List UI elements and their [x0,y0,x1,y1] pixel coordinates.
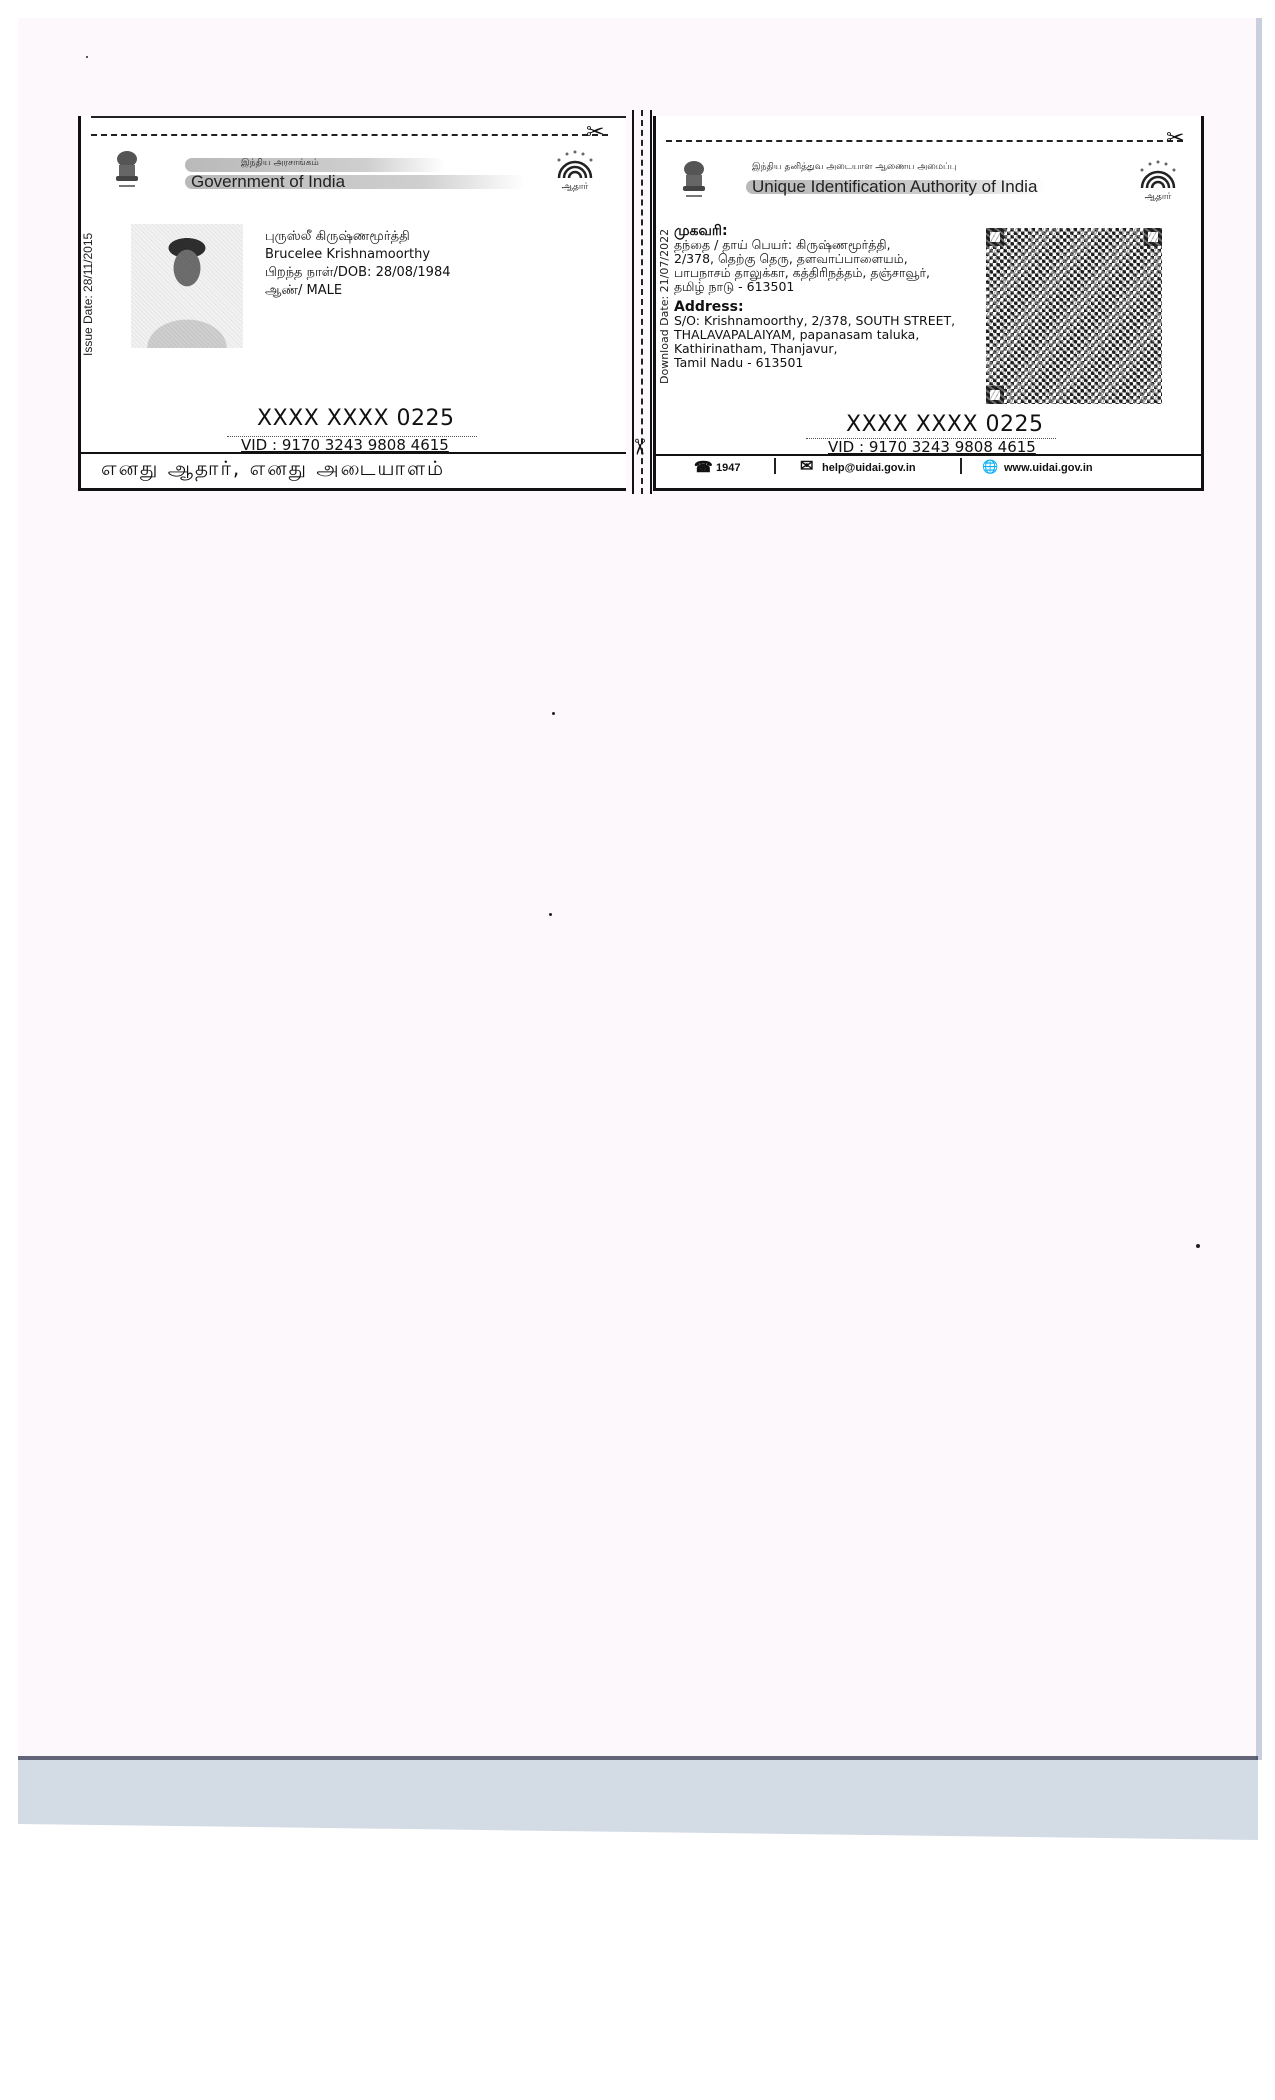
phone-icon: ☎ [694,458,713,476]
cut-line [666,140,1183,142]
header-english: Government of India [191,172,345,192]
scan-speck [86,56,88,58]
scissors-icon: ✂ [627,438,649,456]
card-divider [632,110,634,494]
footer-rule [656,454,1201,456]
fingerprint-icon [1136,160,1180,190]
aadhaar-logo: ஆதார் [1134,160,1182,204]
aadhaar-number: XXXX XXXX 0225 [846,412,1044,437]
address-tamil-line: பாபநாசம் தாலுக்கா, கத்திரிநத்தம், தஞ்சாவ… [674,266,955,280]
name-english: Brucelee Krishnamoorthy [265,246,451,264]
address-tamil-line: தமிழ் நாடு - 613501 [674,280,955,294]
fold-cut-line [641,110,643,494]
separator [960,458,962,474]
mail-icon: ✉ [800,456,813,476]
address-label-english: Address: [674,300,955,314]
fingerprint-icon [553,150,597,180]
holder-info: புருஸ்லீ கிருஷ்ணமூர்த்தி Brucelee Krishn… [265,228,451,300]
address-tamil-line: தந்தை / தாய் பெயர்: கிருஷ்ணமூர்த்தி, [674,238,955,252]
separator [774,458,776,474]
scissors-icon: ✂ [586,122,604,144]
address-label-tamil: முகவரி: [674,224,955,238]
website-link[interactable]: www.uidai.gov.in [1004,462,1093,474]
name-tamil: புருஸ்லீ கிருஷ்ணமூர்த்தி [265,228,451,246]
help-email-link[interactable]: help@uidai.gov.in [822,462,916,474]
scissors-icon: ✂ [1166,128,1184,150]
header-tamil: இந்திய தனித்துவ அடையாள ஆணைய அமைப்பு [752,162,956,173]
national-emblem-icon [111,150,143,190]
address-block: முகவரி: தந்தை / தாய் பெயர்: கிருஷ்ணமூர்த… [674,224,955,370]
address-english-line: THALAVAPALAIYAM, papanasam taluka, [674,328,955,342]
aadhaar-back-card: ✂ இந்திய தனித்துவ அடையாள ஆணைய அமைப்பு Un… [653,116,1204,491]
aadhaar-logo-word: ஆதார் [551,182,599,193]
scan-speck [552,712,555,715]
cut-line [91,134,608,136]
issue-date: Issue Date: 28/11/2015 [81,233,95,356]
qr-code [986,228,1162,404]
page-edge-shadow [1256,18,1262,1760]
aadhaar-logo-word: ஆதார் [1134,192,1182,203]
scan-speck [549,913,552,916]
address-english-line: Kathirinatham, Thanjavur, [674,342,955,356]
card-divider [650,110,652,494]
address-english-line: S/O: Krishnamoorthy, 2/378, SOUTH STREET… [674,314,955,328]
address-english-line: Tamil Nadu - 613501 [674,356,955,370]
aadhaar-number: XXXX XXXX 0225 [257,406,455,431]
helpline-number: 1947 [716,462,740,474]
scan-speck [1196,1244,1200,1248]
address-tamil-line: 2/378, தெற்கு தெரு, தளவாப்பாளையம், [674,252,955,266]
header-tamil: இந்திய அரசாங்கம் [241,158,319,169]
footer-rule [81,452,626,454]
tagline: எனது ஆதார், எனது அடையாளம் [101,456,445,483]
holder-photo [131,224,243,348]
aadhaar-front-card: ✂ இந்திய அரசாங்கம் Government of India ஆ… [78,116,626,491]
top-rule [91,116,626,118]
header-english: Unique Identification Authority of India [752,177,1037,197]
aadhaar-logo: ஆதார் [551,150,599,194]
download-date: Download Date: 21/07/2022 [658,229,671,384]
page-bottom-edge [18,1756,1258,1760]
globe-icon: 🌐 [982,459,998,475]
national-emblem-icon [678,160,710,200]
gender: ஆண்/ MALE [265,282,451,300]
scanner-background-band [18,1760,1258,1840]
scanned-page: ✂ இந்திய அரசாங்கம் Government of India ஆ… [18,18,1256,1756]
date-of-birth: பிறந்த நாள்/DOB: 28/08/1984 [265,264,451,282]
